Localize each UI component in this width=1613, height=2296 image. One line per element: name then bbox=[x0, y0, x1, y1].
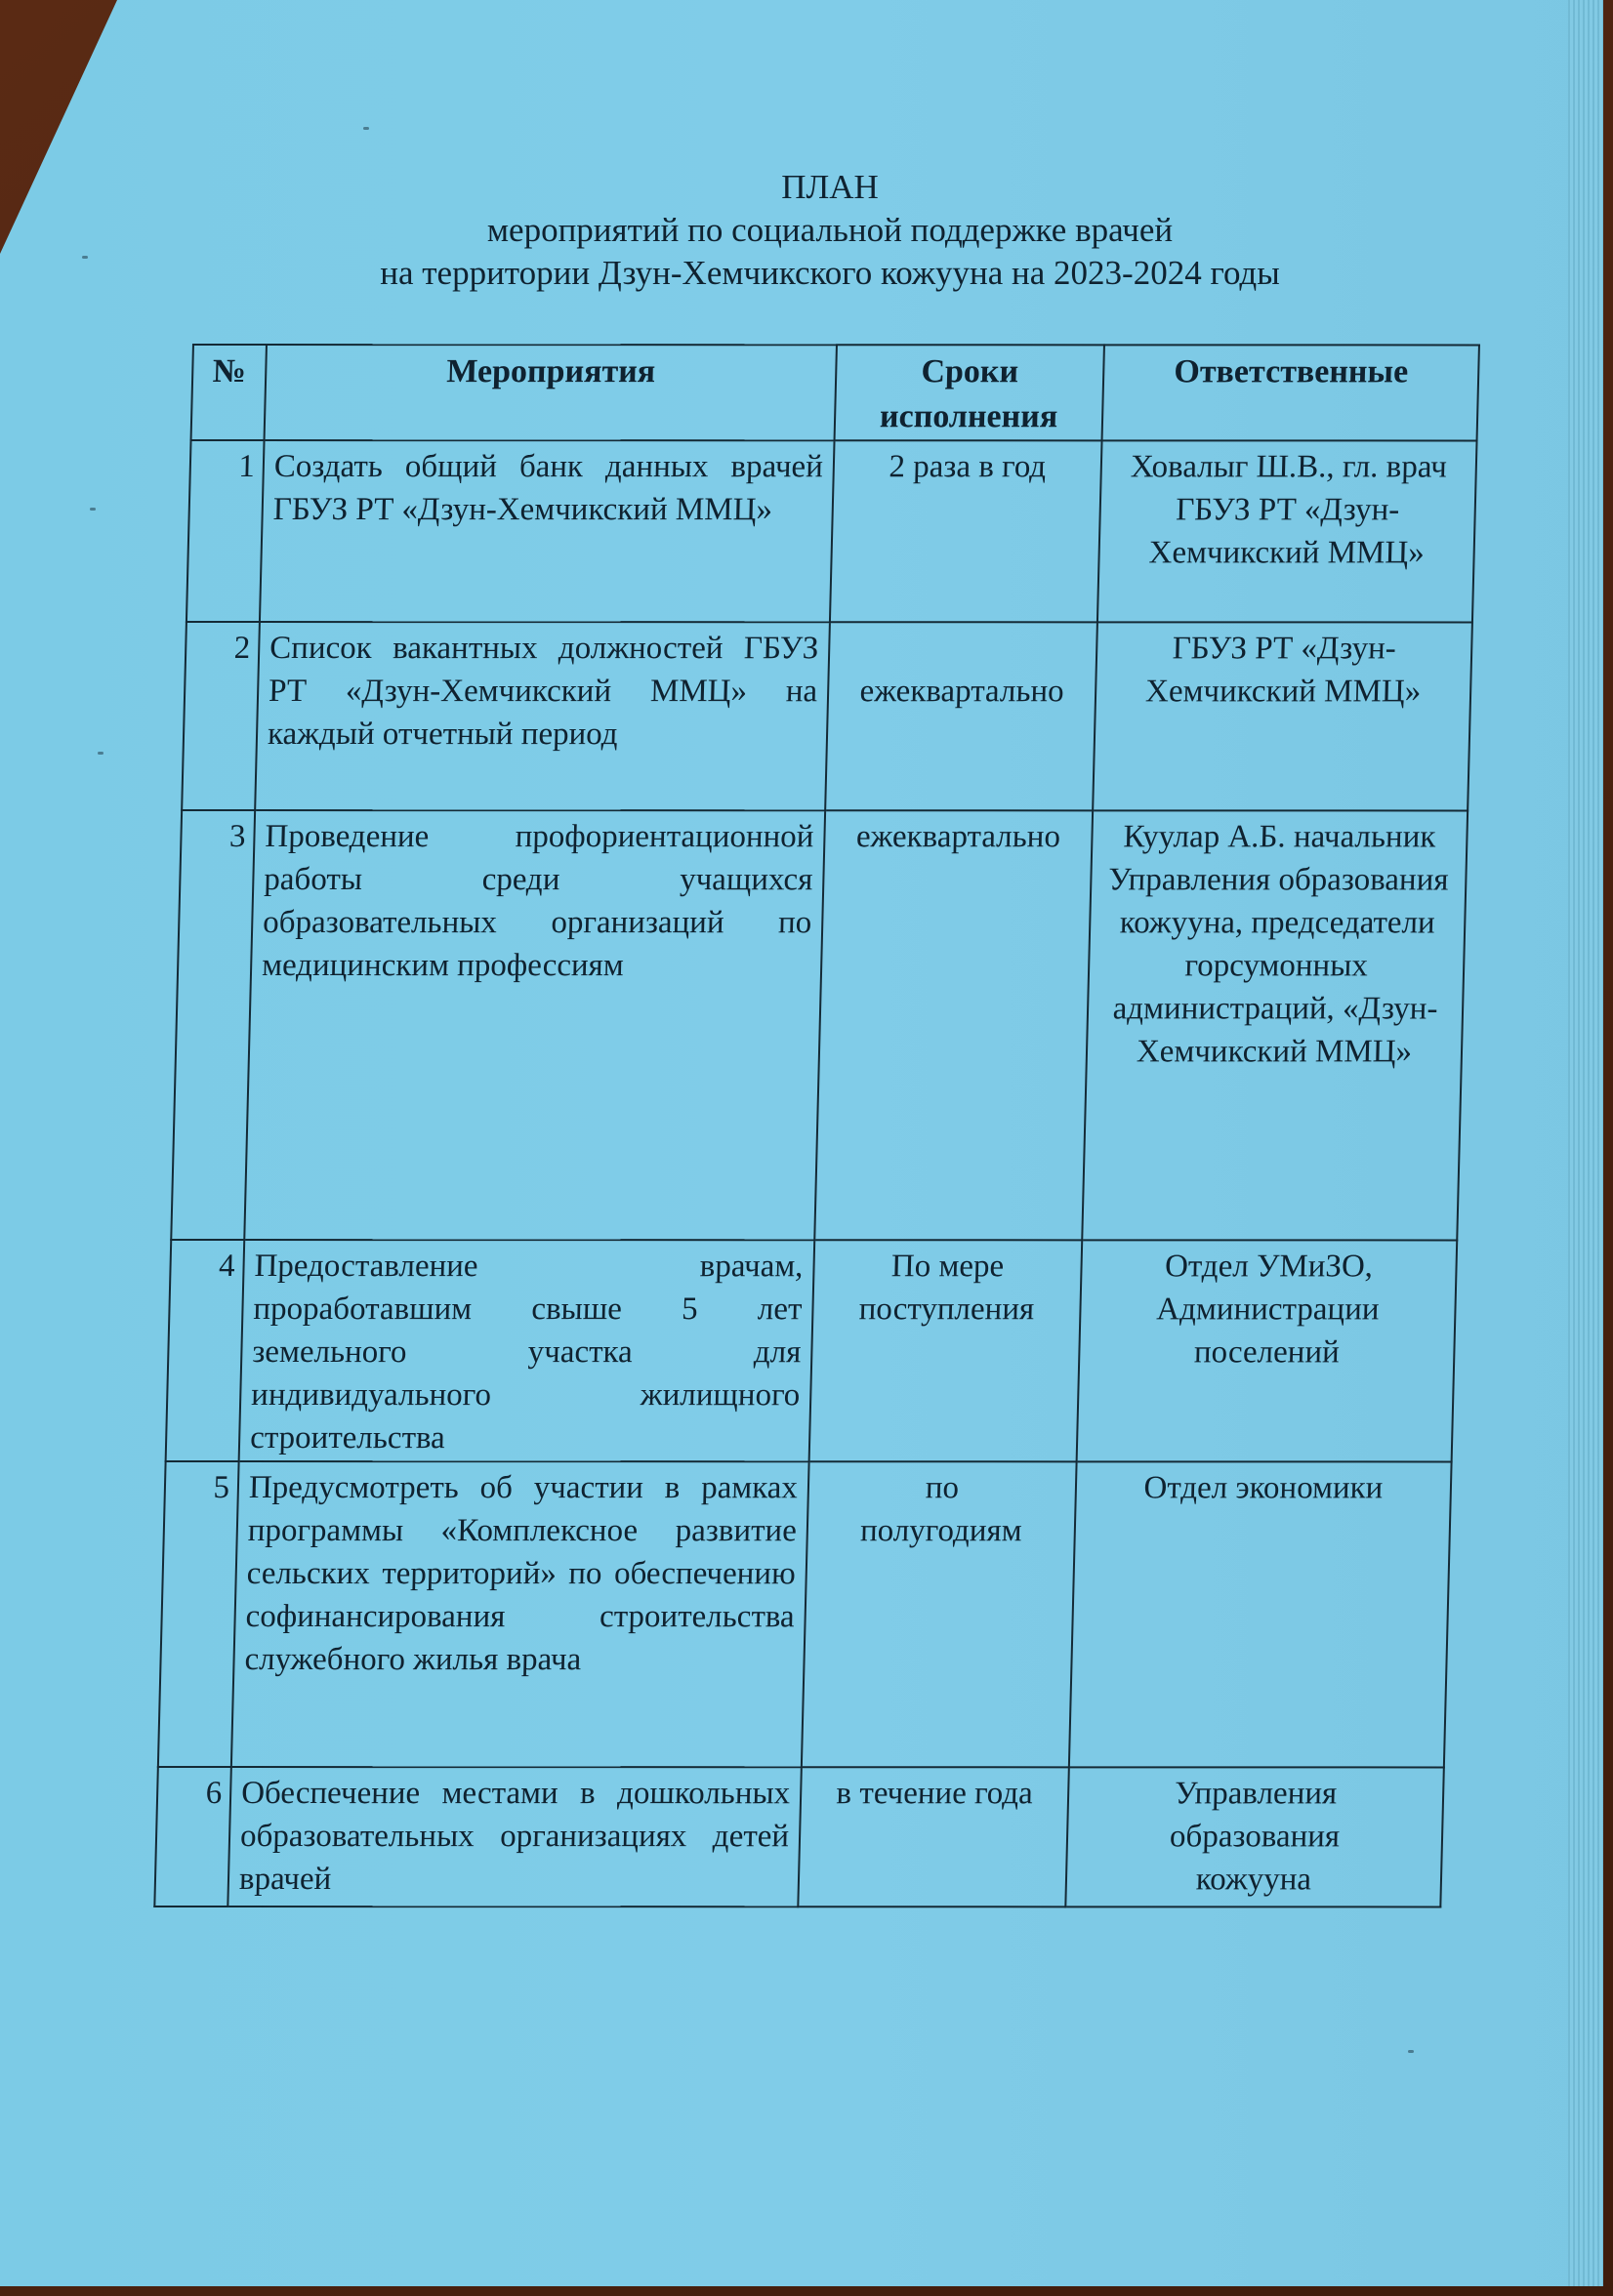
ink-speck bbox=[90, 508, 96, 511]
table-row: 5 Предусмотреть об участии в рамках прог… bbox=[158, 1461, 1452, 1767]
row-responsible: ГБУЗ РТ «Дзун-Хемчикский ММЦ» bbox=[1093, 622, 1472, 810]
row-responsible: Управления образования кожууна bbox=[1065, 1767, 1444, 1906]
row-activity: Проведение профориентационной работы сре… bbox=[244, 810, 825, 1240]
row-number: 2 bbox=[182, 622, 260, 810]
row-term: 2 раза в год bbox=[830, 440, 1102, 622]
row-term: ежеквартально bbox=[825, 622, 1097, 810]
row-number: 4 bbox=[166, 1240, 245, 1461]
header-responsible: Ответственные bbox=[1102, 345, 1479, 440]
document-heading: ПЛАН мероприятий по социальной поддержке… bbox=[293, 166, 1367, 295]
document-title: ПЛАН bbox=[293, 166, 1367, 209]
row-term: в течение года bbox=[798, 1767, 1069, 1906]
header-deadlines: Сроки исполнения bbox=[835, 345, 1104, 440]
ink-speck bbox=[1408, 2050, 1414, 2053]
table-row: 3 Проведение профориентационной работы с… bbox=[171, 810, 1468, 1240]
row-responsible: Куулар А.Б. начальник Управления образов… bbox=[1082, 810, 1468, 1240]
table-header-row: № Мероприятия Сроки исполнения Ответстве… bbox=[191, 345, 1479, 440]
row-number: 5 bbox=[158, 1461, 239, 1767]
table-row: 4 Предоставление врачам, проработавшим с… bbox=[166, 1240, 1458, 1461]
plan-table-container: № Мероприятия Сроки исполнения Ответстве… bbox=[153, 344, 1478, 1907]
table-row: 6 Обеспечение местами в дошкольных образ… bbox=[154, 1767, 1444, 1906]
header-number: № bbox=[191, 345, 267, 440]
row-activity: Обеспечение местами в дошкольных образов… bbox=[227, 1767, 802, 1906]
row-responsible: Отдел экономики bbox=[1069, 1461, 1452, 1767]
table-row: 2 Список вакантных должностей ГБУЗ РТ «Д… bbox=[182, 622, 1472, 810]
row-activity: Предусмотреть об участии в рамках програ… bbox=[231, 1461, 809, 1767]
row-number: 6 bbox=[154, 1767, 231, 1906]
row-activity: Создать общий банк данных врачей ГБУЗ РТ… bbox=[260, 440, 835, 622]
header-activities: Мероприятия bbox=[265, 345, 837, 440]
table-row: 1 Создать общий банк данных врачей ГБУЗ … bbox=[186, 440, 1477, 622]
row-activity: Предоставление врачам, проработавшим свы… bbox=[239, 1240, 815, 1461]
plan-table: № Мероприятия Сроки исполнения Ответстве… bbox=[153, 344, 1480, 1907]
row-number: 3 bbox=[171, 810, 255, 1240]
row-responsible: Отдел УМиЗО, Администрации поселений bbox=[1077, 1240, 1458, 1461]
row-number: 1 bbox=[186, 440, 265, 622]
row-term: ежеквартально bbox=[814, 810, 1093, 1240]
paper-stack-edge bbox=[1568, 0, 1603, 2286]
row-responsible: Ховалыг Ш.В., гл. врач ГБУЗ РТ «Дзун-Хем… bbox=[1097, 440, 1477, 622]
ink-speck bbox=[98, 752, 103, 755]
row-term: по полугодиям bbox=[802, 1461, 1077, 1767]
row-term: По мере поступления bbox=[809, 1240, 1083, 1461]
document-subtitle-line1: мероприятий по социальной поддержке врач… bbox=[293, 209, 1367, 252]
ink-speck bbox=[363, 127, 369, 130]
document-subtitle-line2: на территории Дзун-Хемчикского кожууна н… bbox=[293, 252, 1367, 295]
row-activity: Список вакантных должностей ГБУЗ РТ «Дзу… bbox=[255, 622, 830, 810]
ink-speck bbox=[82, 256, 88, 259]
